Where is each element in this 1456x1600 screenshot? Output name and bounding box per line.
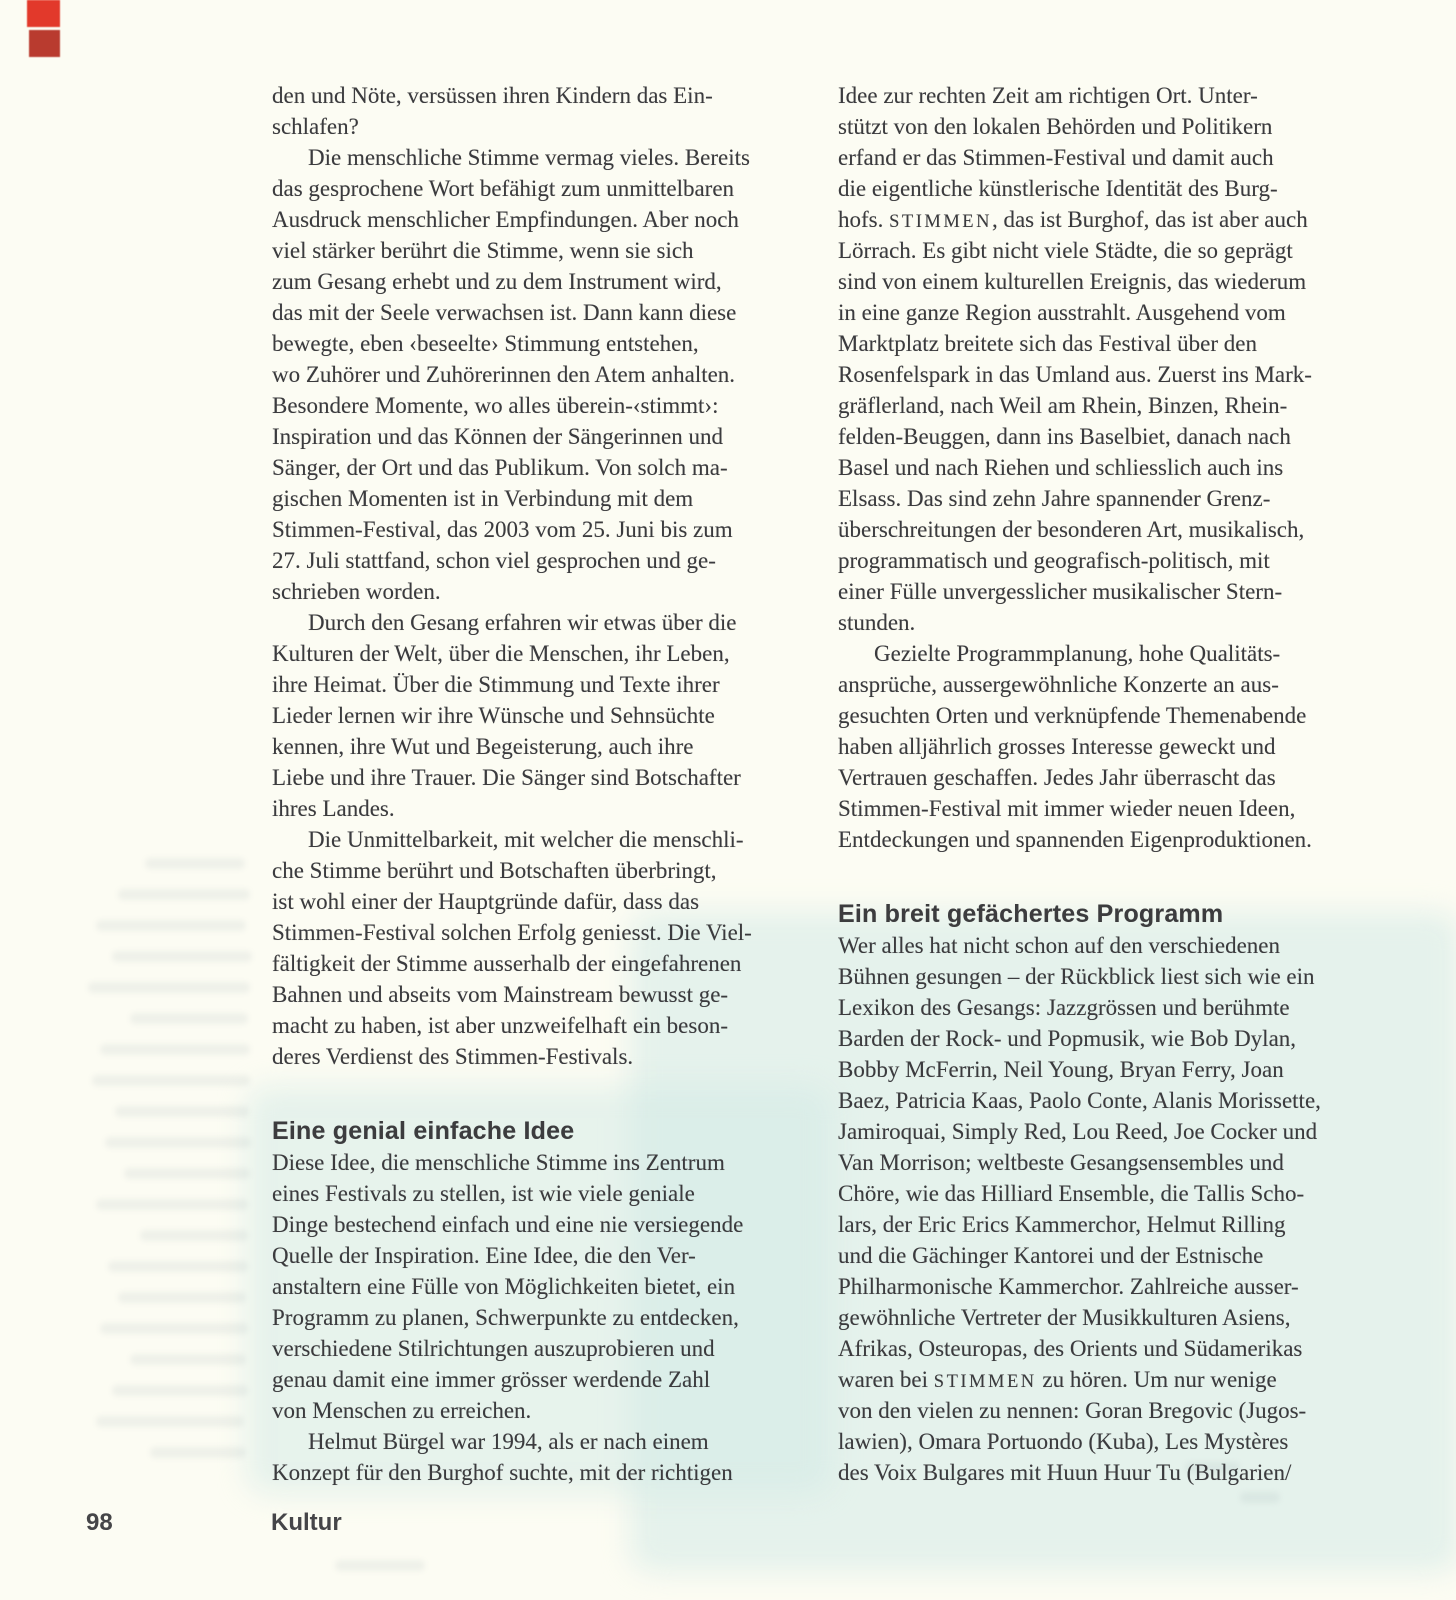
ghost-smudge bbox=[96, 920, 246, 931]
text-line: Helmut Bürgel war 1994, als er nach eine… bbox=[272, 1426, 820, 1457]
ghost-smudge bbox=[88, 982, 250, 993]
ghost-smudge bbox=[130, 1013, 248, 1024]
text-line: waren bei STIMMEN zu hören. Um nur wenig… bbox=[838, 1364, 1386, 1395]
text-line: che Stimme berührt und Botschaften überb… bbox=[272, 855, 820, 886]
text-line: Lexikon des Gesangs: Jazzgrössen und ber… bbox=[838, 992, 1386, 1023]
text-line: gesuchten Orten und verknüpfende Themena… bbox=[838, 700, 1386, 731]
section-label: Kultur bbox=[271, 1509, 342, 1537]
text-line: einer Fülle unvergesslicher musikalische… bbox=[838, 576, 1386, 607]
text-line: lars, der Eric Erics Kammerchor, Helmut … bbox=[838, 1209, 1386, 1240]
text-line: Liebe und ihre Trauer. Die Sänger sind B… bbox=[272, 762, 820, 793]
text-line: den und Nöte, versüssen ihren Kindern da… bbox=[272, 80, 820, 111]
text-line: die eigentliche künstlerische Identität … bbox=[838, 173, 1386, 204]
text-line: Durch den Gesang erfahren wir etwas über… bbox=[272, 607, 820, 638]
text-line: Barden der Rock- und Popmusik, wie Bob D… bbox=[838, 1023, 1386, 1054]
text-line: Lörrach. Es gibt nicht viele Städte, die… bbox=[838, 235, 1386, 266]
text-line: Programm zu planen, Schwerpunkte zu entd… bbox=[272, 1302, 820, 1333]
text-line: verschiedene Stilrichtungen auszuprobier… bbox=[272, 1333, 820, 1364]
text-line: des Voix Bulgares mit Huun Huur Tu (Bulg… bbox=[838, 1457, 1386, 1488]
text-line: Konzept für den Burghof suchte, mit der … bbox=[272, 1457, 820, 1488]
text-line: Stimmen-Festival solchen Erfolg geniesst… bbox=[272, 917, 820, 948]
text-line: Gezielte Programmplanung, hohe Qualitäts… bbox=[838, 638, 1386, 669]
text-line: Inspiration und das Können der Sängerinn… bbox=[272, 421, 820, 452]
text-line: das gesprochene Wort befähigt zum unmitt… bbox=[272, 173, 820, 204]
text-line: Stimmen-Festival, das 2003 vom 25. Juni … bbox=[272, 514, 820, 545]
ghost-smudge bbox=[150, 1447, 246, 1458]
ghost-smudge bbox=[92, 1075, 250, 1086]
ghost-smudge bbox=[1240, 1492, 1280, 1503]
section-heading: Eine genial einfache Idee bbox=[272, 1116, 820, 1147]
text-line: Wer alles hat nicht schon auf den versch… bbox=[838, 930, 1386, 961]
text-line: Marktplatz breitete sich das Festival üb… bbox=[838, 328, 1386, 359]
text-line: deres Verdienst des Stimmen-Festivals. bbox=[272, 1041, 820, 1072]
text-line: Baez, Patricia Kaas, Paolo Conte, Alanis… bbox=[838, 1085, 1386, 1116]
text-line: Dinge bestechend einfach und eine nie ve… bbox=[272, 1209, 820, 1240]
ghost-smudge bbox=[124, 1168, 250, 1179]
text-line: ihre Heimat. Über die Stimmung und Texte… bbox=[272, 669, 820, 700]
text-line: sind von einem kulturellen Ereignis, das… bbox=[838, 266, 1386, 297]
ghost-smudge bbox=[112, 951, 252, 962]
text-line: gewöhnliche Vertreter der Musikkulturen … bbox=[838, 1302, 1386, 1333]
text-line: von den vielen zu nennen: Goran Bregovic… bbox=[838, 1395, 1386, 1426]
text-line: gräflerland, nach Weil am Rhein, Binzen,… bbox=[838, 390, 1386, 421]
text-line: Entdeckungen und spannenden Eigenprodukt… bbox=[838, 824, 1386, 855]
text-line: Rosenfelspark in das Umland aus. Zuerst … bbox=[838, 359, 1386, 390]
smallcaps-word: STIMMEN bbox=[889, 212, 992, 232]
text-line: haben alljährlich grosses Interesse gewe… bbox=[838, 731, 1386, 762]
text-line: in eine ganze Region ausstrahlt. Ausgehe… bbox=[838, 297, 1386, 328]
text-line: stunden. bbox=[838, 607, 1386, 638]
text-line: schlafen? bbox=[272, 111, 820, 142]
text-line: Jamiroquai, Simply Red, Lou Reed, Joe Co… bbox=[838, 1116, 1386, 1147]
ghost-smudge bbox=[118, 1292, 246, 1303]
text-line: Kulturen der Welt, über die Menschen, ih… bbox=[272, 638, 820, 669]
ghost-smudge bbox=[115, 1106, 249, 1117]
text-line: bewegte, eben ‹beseelte› Stimmung entste… bbox=[272, 328, 820, 359]
text-line: von Menschen zu erreichen. bbox=[272, 1395, 820, 1426]
print-registration-mark-bottom bbox=[29, 30, 60, 57]
text-line: ansprüche, aussergewöhnliche Konzerte an… bbox=[838, 669, 1386, 700]
text-line: Diese Idee, die menschliche Stimme ins Z… bbox=[272, 1147, 820, 1178]
text-line: das mit der Seele verwachsen ist. Dann k… bbox=[272, 297, 820, 328]
ghost-smudge bbox=[145, 858, 245, 869]
smallcaps-word: STIMMEN bbox=[934, 1372, 1037, 1392]
text-line: stützt von den lokalen Behörden und Poli… bbox=[838, 111, 1386, 142]
text-line: kennen, ihre Wut und Begeisterung, auch … bbox=[272, 731, 820, 762]
text-line: erfand er das Stimmen-Festival und damit… bbox=[838, 142, 1386, 173]
text-line: Die menschliche Stimme vermag vieles. Be… bbox=[272, 142, 820, 173]
ghost-smudge bbox=[96, 1416, 244, 1427]
text-line: 27. Juli stattfand, schon viel gesproche… bbox=[272, 545, 820, 576]
text-line: Bühnen gesungen – der Rückblick liest si… bbox=[838, 961, 1386, 992]
text-line: ist wohl einer der Hauptgründe dafür, da… bbox=[272, 886, 820, 917]
ghost-smudge bbox=[112, 1385, 248, 1396]
text-line: lawien), Omara Portuondo (Kuba), Les Mys… bbox=[838, 1426, 1386, 1457]
text-line: schrieben worden. bbox=[272, 576, 820, 607]
text-line: ihres Landes. bbox=[272, 793, 820, 824]
ghost-smudge bbox=[130, 1354, 246, 1365]
ghost-smudge bbox=[140, 1230, 248, 1241]
text-line: Bobby McFerrin, Neil Young, Bryan Ferry,… bbox=[838, 1054, 1386, 1085]
ghost-smudge bbox=[105, 1137, 251, 1148]
text-line: hofs. STIMMEN, das ist Burghof, das ist … bbox=[838, 204, 1386, 235]
scanned-page: den und Nöte, versüssen ihren Kindern da… bbox=[0, 0, 1456, 1600]
text-line: gischen Momenten ist in Verbindung mit d… bbox=[272, 483, 820, 514]
page-footer: 98 Kultur bbox=[0, 1509, 1456, 1549]
text-line: überschreitungen der besonderen Art, mus… bbox=[838, 514, 1386, 545]
text-line: Besondere Momente, wo alles überein-‹sti… bbox=[272, 390, 820, 421]
text-line: viel stärker berührt die Stimme, wenn si… bbox=[272, 235, 820, 266]
text-line: anstaltern eine Fülle von Möglichkeiten … bbox=[272, 1271, 820, 1302]
text-column-left: den und Nöte, versüssen ihren Kindern da… bbox=[272, 80, 820, 1488]
ghost-smudge bbox=[335, 1560, 425, 1571]
text-line: Elsass. Das sind zehn Jahre spannender G… bbox=[838, 483, 1386, 514]
text-line: Quelle der Inspiration. Eine Idee, die d… bbox=[272, 1240, 820, 1271]
ghost-smudge bbox=[100, 1323, 248, 1334]
text-line: Chöre, wie das Hilliard Ensemble, die Ta… bbox=[838, 1178, 1386, 1209]
text-line: Die Unmittelbarkeit, mit welcher die men… bbox=[272, 824, 820, 855]
text-line: Vertrauen geschaffen. Jedes Jahr überras… bbox=[838, 762, 1386, 793]
text-line: Idee zur rechten Zeit am richtigen Ort. … bbox=[838, 80, 1386, 111]
text-line: fältigkeit der Stimme ausserhalb der ein… bbox=[272, 948, 820, 979]
ghost-smudge bbox=[118, 889, 250, 900]
ghost-smudge bbox=[96, 1199, 248, 1210]
ghost-smudge bbox=[100, 1044, 250, 1055]
text-line: Bahnen und abseits vom Mainstream bewuss… bbox=[272, 979, 820, 1010]
page-number: 98 bbox=[86, 1509, 113, 1537]
text-line: Stimmen-Festival mit immer wieder neuen … bbox=[838, 793, 1386, 824]
text-line: Afrikas, Osteuropas, des Orients und Süd… bbox=[838, 1333, 1386, 1364]
text-line: Sänger, der Ort und das Publikum. Von so… bbox=[272, 452, 820, 483]
text-line: eines Festivals zu stellen, ist wie viel… bbox=[272, 1178, 820, 1209]
text-line: programmatisch und geografisch-politisch… bbox=[838, 545, 1386, 576]
section-heading: Ein breit gefächertes Programm bbox=[838, 899, 1386, 930]
text-column-right: Idee zur rechten Zeit am richtigen Ort. … bbox=[838, 80, 1386, 1488]
text-line: Ausdruck menschlicher Empfindungen. Aber… bbox=[272, 204, 820, 235]
text-line: macht zu haben, ist aber unzweifelhaft e… bbox=[272, 1010, 820, 1041]
text-line: Basel und nach Riehen und schliesslich a… bbox=[838, 452, 1386, 483]
text-line: genau damit eine immer grösser werdende … bbox=[272, 1364, 820, 1395]
text-line: Lieder lernen wir ihre Wünsche und Sehns… bbox=[272, 700, 820, 731]
text-line: Van Morrison; weltbeste Gesangsensembles… bbox=[838, 1147, 1386, 1178]
text-line: Philharmonische Kammerchor. Zahlreiche a… bbox=[838, 1271, 1386, 1302]
text-line: zum Gesang erhebt und zu dem Instrument … bbox=[272, 266, 820, 297]
ghost-smudge bbox=[108, 1261, 248, 1272]
print-registration-mark-top bbox=[27, 0, 60, 27]
text-line: felden-Beuggen, dann ins Baselbiet, dana… bbox=[838, 421, 1386, 452]
text-line: und die Gächinger Kantorei und der Estni… bbox=[838, 1240, 1386, 1271]
text-line: wo Zuhörer und Zuhörerinnen den Atem anh… bbox=[272, 359, 820, 390]
